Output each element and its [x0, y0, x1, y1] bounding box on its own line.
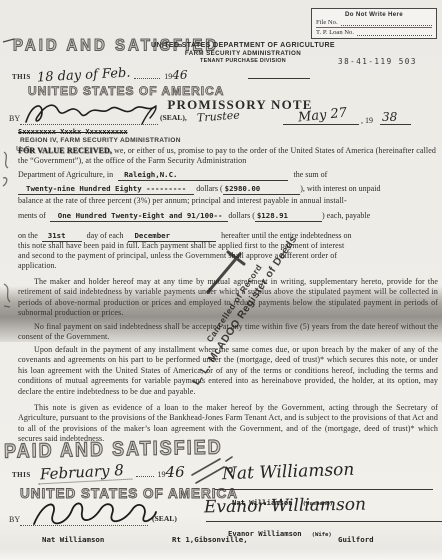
dept-line-post: the sum of: [294, 170, 328, 179]
note-year-hand: 38: [380, 110, 411, 125]
tp-loan-label: T. P. Loan No.: [316, 28, 354, 37]
this-label-top: THIS: [12, 73, 31, 81]
agency-division: TENANT PURCHASE DIVISION: [118, 58, 368, 64]
promissory-note-document: Do Not Write Here File No. T. P. Loan No…: [0, 0, 442, 560]
installments-line: ments of One Hundred Twenty-Eight and 91…: [18, 211, 438, 220]
year-printed-bottom: 19: [158, 470, 166, 479]
date-underline: [283, 124, 359, 125]
seal-label-bottom: (SEAL): [152, 514, 177, 523]
trustee-signature: [22, 100, 164, 128]
satisfaction-date-bottom: THIS February 8 1946: [12, 463, 185, 482]
dept-line-pre: Department of Agriculture, in: [18, 170, 113, 179]
amount-words-typed: Twenty-nine Hundred Eighty ---------: [18, 184, 194, 195]
wife-tag: (Wife): [312, 532, 332, 538]
ments-post: ) each, payable: [322, 211, 370, 220]
file-no-label: File No.: [316, 18, 338, 27]
usa-stamp-top: UNITED STATES OF AMERICA: [28, 84, 224, 98]
year-hand-top: 46: [172, 68, 187, 82]
footer-maker-name: Nat Williamson: [42, 535, 104, 544]
file-no-blank: [341, 18, 432, 26]
dollars-open: dollars (: [196, 184, 222, 193]
note-date-printed: , 19: [361, 116, 373, 125]
date-leader: [134, 70, 160, 79]
onthe-pre: on the: [18, 231, 38, 240]
due-date-line: on the 31st day of each December hereaft…: [18, 231, 438, 240]
value-received-paragraph: FOR VALUE RECEIVED, we, or either of us,…: [18, 146, 436, 167]
installment-figures-typed: $128.91: [255, 211, 322, 222]
wife-signature-hand: Evanor Williamson: [204, 495, 366, 518]
balance-line: balance at the rate of three percent (3%…: [18, 196, 438, 206]
agency-header: UNITED STATES DEPARTMENT OF AGRICULTURE …: [118, 42, 368, 64]
ments-mid: dollars (: [228, 211, 254, 220]
footer-address: Rt 1,Gibsonville,: [172, 535, 248, 544]
dept-line: Department of Agriculture, in Raleigh,N.…: [18, 170, 438, 179]
by-label-top: BY: [9, 114, 20, 123]
by-label-bottom: BY: [9, 515, 20, 524]
satisfaction-day-hand-bottom: February 8: [37, 461, 132, 485]
husband-signature-hand: Nat Williamson: [222, 460, 355, 485]
wife-signature-line: [206, 521, 442, 522]
husband-signature-line: [215, 489, 433, 490]
year-printed-top: 19: [164, 72, 172, 81]
seal-label-top: (SEAL),: [160, 113, 187, 122]
footer-county: Guilford: [338, 535, 374, 544]
amount-close: ), with interest on unpaid: [300, 184, 380, 193]
year-hand-bottom: 46: [166, 463, 185, 481]
satisfaction-day-hand-top: 18 day of Feb.: [36, 66, 130, 86]
this-label-bottom: THIS: [12, 471, 31, 479]
agency-admin: FARM SECURITY ADMINISTRATION: [118, 50, 368, 57]
date-leader-bottom: [136, 467, 154, 477]
amount-figures-typed: $2980.00: [223, 184, 301, 195]
installment-words-typed: One Hundred Twenty-Eight and 91/100--: [50, 211, 229, 222]
scan-edge-strip: [0, 548, 442, 560]
trustee-hand-label: Trustee: [197, 109, 241, 125]
margin-mark: [0, 280, 16, 310]
default-paragraph: Upon default in the payment of any insta…: [18, 345, 438, 397]
region-iv-stamp: REGION IV, FARM SECURITY ADMINISTRATION: [20, 137, 181, 144]
blank-rule: [248, 78, 310, 79]
do-not-write-box: Do Not Write Here File No. T. P. Loan No…: [311, 8, 437, 39]
satisfaction-date-top: THIS 18 day of Feb. 1946: [12, 66, 187, 84]
government-signature: [30, 498, 160, 530]
place-typed: Raleigh,N.C.: [118, 170, 287, 181]
agency-dept: UNITED STATES DEPARTMENT OF AGRICULTURE: [118, 42, 368, 49]
margin-mark: [0, 148, 14, 188]
amount-line: Twenty-nine Hundred Eighty --------- dol…: [18, 184, 438, 193]
ments-pre: ments of: [18, 211, 46, 220]
for-value-received-bold: FOR VALUE RECEIVED,: [18, 146, 112, 155]
tp-loan-blank: [357, 28, 432, 36]
do-not-write-label: Do Not Write Here: [316, 11, 432, 18]
struck-out-name: Sxxxxxxxx Xxxkx Xxxxxxxxxx: [18, 128, 128, 136]
onthe-mid: day of each: [87, 231, 124, 240]
